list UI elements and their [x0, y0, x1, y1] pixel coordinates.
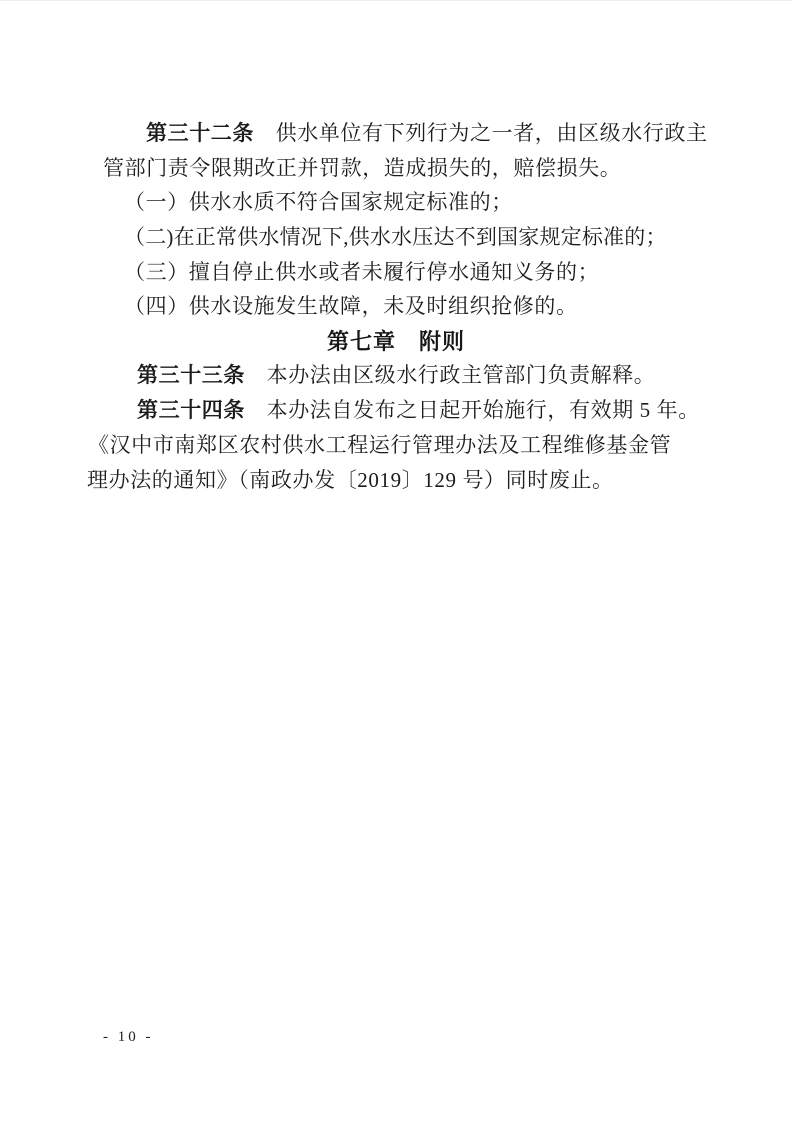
article-34-label: 第三十四条: [137, 398, 245, 422]
list-item-4-text: （四）供水设施发生故障，未及时组织抢修的。: [124, 294, 578, 318]
article-34-line: 第三十四条 本办法自发布之日起开始施行，有效期 5 年。: [137, 393, 700, 428]
list-item-3-text: （三）擅自停止供水或者未履行停水通知义务的；: [124, 260, 599, 284]
list-item-2: （二)在正常供水情况下,供水水压达不到国家规定标准的；: [124, 220, 667, 255]
chapter-heading: 第七章 附则: [0, 324, 792, 360]
article-33-text: 本办法由区级水行政主管部门负责解释。: [245, 363, 655, 387]
article-33-label: 第三十三条: [137, 363, 245, 387]
list-item-3: （三）擅自停止供水或者未履行停水通知义务的；: [124, 255, 599, 290]
repeal-notice-line-1-text: 《汉中市南郑区农村供水工程运行管理办法及工程维修基金管: [88, 433, 671, 457]
article-32-line-1-text: 供水单位有下列行为之一者，由区级水行政主: [254, 121, 708, 145]
list-item-4: （四）供水设施发生故障，未及时组织抢修的。: [124, 289, 578, 324]
article-32-label: 第三十二条: [146, 121, 254, 145]
article-34-text: 本办法自发布之日起开始施行，有效期 5 年。: [245, 398, 700, 422]
list-item-1-text: （一）供水水质不符合国家规定标准的；: [124, 190, 513, 214]
document-page: 第三十二条 供水单位有下列行为之一者，由区级水行政主 管部门责令限期改正并罚款，…: [0, 0, 792, 1122]
article-32-line-2-text: 管部门责令限期改正并罚款，造成损失的，赔偿损失。: [103, 156, 621, 180]
list-item-2-text: （二)在正常供水情况下,供水水压达不到国家规定标准的；: [124, 225, 667, 249]
article-33-line: 第三十三条 本办法由区级水行政主管部门负责解释。: [137, 358, 655, 393]
article-32-line-1: 第三十二条 供水单位有下列行为之一者，由区级水行政主: [146, 116, 708, 151]
repeal-notice-line-1: 《汉中市南郑区农村供水工程运行管理办法及工程维修基金管: [88, 428, 671, 463]
repeal-notice-line-2: 理办法的通知》（南政办发〔2019〕129 号）同时废止。: [87, 463, 614, 498]
article-32-line-2: 管部门责令限期改正并罚款，造成损失的，赔偿损失。: [103, 151, 621, 186]
repeal-notice-line-2-text: 理办法的通知》（南政办发〔2019〕129 号）同时废止。: [87, 468, 614, 492]
page-number: - 10 -: [103, 1029, 154, 1046]
list-item-1: （一）供水水质不符合国家规定标准的；: [124, 185, 513, 220]
